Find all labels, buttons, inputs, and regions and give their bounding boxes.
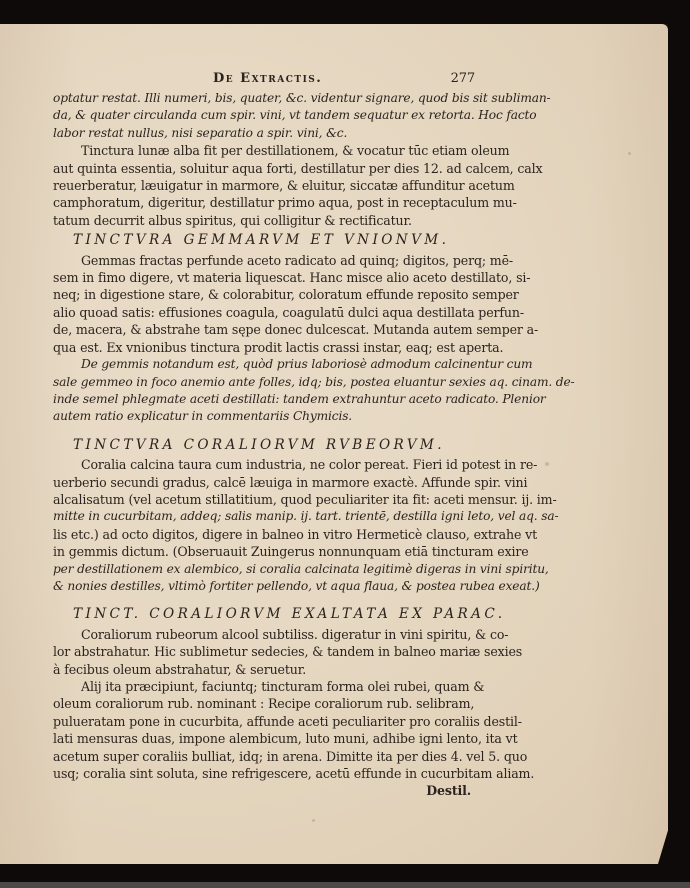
text-line: neq; in digestione stare, & colorabitur,… xyxy=(53,286,473,303)
text-line: lis etc.) ad octo digitos, digere in bal… xyxy=(53,526,473,543)
text-line: acetum super coraliis bulliat, idq; in a… xyxy=(53,748,473,765)
text-line: per destillationem ex alembico, si coral… xyxy=(53,561,473,578)
text-line: oleum coraliorum rub. nominant : Recipe … xyxy=(53,695,473,712)
note-block: optatur restat. Illi numeri, bis, quater… xyxy=(53,90,473,142)
text-line: labor restat nullus, nisi separatio a sp… xyxy=(53,125,473,142)
text-line: sem in fimo digere, vt materia liquescat… xyxy=(53,269,473,286)
paper-stain xyxy=(628,152,631,155)
text-line: uerberio secundi gradus, calcē læuiga in… xyxy=(53,474,473,491)
paragraph-tinctura-lunae: Tinctura lunæ alba fit per destillatione… xyxy=(53,142,473,229)
text-line: Coraliorum rubeorum alcool subtiliss. di… xyxy=(53,626,473,643)
paper-stain xyxy=(545,462,549,466)
text-line: Gemmas fractas perfunde aceto radicato a… xyxy=(53,252,473,269)
text-line: camphoratum, digeritur, destillatur prim… xyxy=(53,194,473,211)
section-heading: TINCTVRA GEMMARVM ET VNIONVM. xyxy=(53,232,473,249)
page-number: 277 xyxy=(451,70,475,87)
text-line: de, macera, & abstrahe tam sępe donec du… xyxy=(53,321,473,338)
text-line: qua est. Ex vnionibus tinctura prodit la… xyxy=(53,339,473,356)
text-line: inde semel phlegmate aceti destillati: t… xyxy=(53,391,473,408)
text-line: autem ratio explicatur in commentariis C… xyxy=(53,408,473,425)
text-line: lor abstrahatur. Hic sublimetur sedecies… xyxy=(53,643,473,660)
text-line: Coralia calcina taura cum industria, ne … xyxy=(53,456,473,473)
text-line: in gemmis dictum. (Obseruauit Zuingerus … xyxy=(53,543,473,560)
paragraph-alij: Alij ita præcipiunt, faciuntq; tincturam… xyxy=(53,678,473,782)
paragraph-gemmae: Gemmas fractas perfunde aceto radicato a… xyxy=(53,252,473,356)
viewer-bottom-bar xyxy=(0,882,690,888)
text-line: usq; coralia sint soluta, sine refrigesc… xyxy=(53,765,473,782)
text-line: tatum decurrit albus spiritus, qui colli… xyxy=(53,212,473,229)
running-head: De Extractis. 277 xyxy=(53,70,473,88)
text-line: mitte in cucurbitam, addeq; salis manip.… xyxy=(53,508,473,525)
paragraph-coralia: Coralia calcina taura cum industria, ne … xyxy=(53,456,473,595)
catchword: Destil. xyxy=(53,782,473,799)
text-line: da, & quater circulanda cum spir. vini, … xyxy=(53,107,473,124)
section-heading: TINCT. CORALIORVM EXALTATA EX PARAC. xyxy=(53,606,473,623)
book-page: De Extractis. 277 optatur restat. Illi n… xyxy=(0,24,668,864)
text-line: aut quinta essentia, soluitur aqua forti… xyxy=(53,160,473,177)
text-line: à fecibus oleum abstrahatur, & seruetur. xyxy=(53,661,473,678)
note-gemmae: De gemmis notandum est, quòd prius labor… xyxy=(53,356,473,426)
page-text: De Extractis. 277 optatur restat. Illi n… xyxy=(53,70,473,800)
text-line: reuerberatur, læuigatur in marmore, & el… xyxy=(53,177,473,194)
text-line: De gemmis notandum est, quòd prius labor… xyxy=(53,356,473,373)
text-line: lati mensuras duas, impone alembicum, lu… xyxy=(53,730,473,747)
text-line: Tinctura lunæ alba fit per destillatione… xyxy=(53,142,473,159)
paragraph-coralia-exaltata: Coraliorum rubeorum alcool subtiliss. di… xyxy=(53,626,473,678)
running-head-title: De Extractis. xyxy=(213,70,322,87)
section-heading: TINCTVRA CORALIORVM RVBEORVM. xyxy=(53,437,473,454)
text-line: pulueratam pone in cucurbita, affunde ac… xyxy=(53,713,473,730)
text-line: & nonies destilles, vltimò fortiter pell… xyxy=(53,578,473,595)
paper-stain xyxy=(312,819,315,822)
text-line: sale gemmeo in foco anemio ante folles, … xyxy=(53,374,473,391)
text-line: alio quoad satis: effusiones coagula, co… xyxy=(53,304,473,321)
text-line: optatur restat. Illi numeri, bis, quater… xyxy=(53,90,473,107)
text-line: Alij ita præcipiunt, faciuntq; tincturam… xyxy=(53,678,473,695)
text-line: alcalisatum (vel acetum stillatitium, qu… xyxy=(53,491,473,508)
